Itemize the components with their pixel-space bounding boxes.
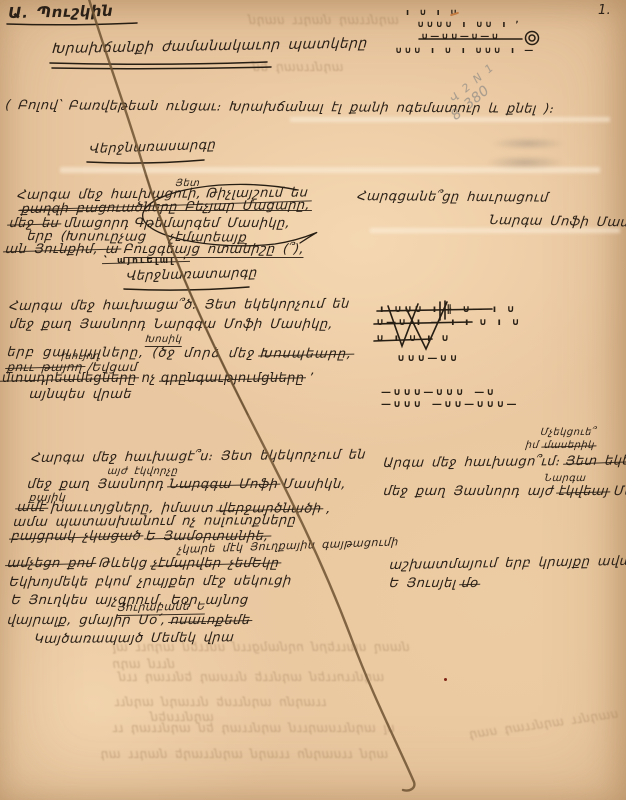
line-segment: վայրալք, ցմայիր Մօ՛, <box>7 614 167 627</box>
bleedthrough-line: մււմ ադո <box>112 658 175 670</box>
pencil-smudge <box>485 155 565 170</box>
pencil-smudge <box>490 137 566 150</box>
author-name: Ա. Պուշկին <box>8 4 113 21</box>
stanza-line: այնպես վրաե <box>29 388 133 401</box>
stanza-line: Հարգցանե՞ցը հաւրացում <box>357 190 550 205</box>
stanza-line: Եկխոյմեկե բկոմ չրպյքեր մէջ սեկուցի <box>9 575 293 589</box>
stanza-line: երբ ցաււայլները, (ծջ մորձ մեջԽոսպեարը, <box>7 346 358 361</box>
struck-segment: մօ <box>461 577 479 590</box>
struck-segment: էկվեայ <box>558 485 609 498</box>
heading-underline <box>124 287 249 290</box>
spiral-doodle <box>529 35 535 41</box>
struck-segment: ամէ <box>17 501 47 514</box>
stanza-line: մեջ եսմնացորդԳթեմարգեմ Մասիկը, <box>9 217 296 230</box>
line-segment: մնացորդ <box>63 217 130 230</box>
struck-segment: գրընգաւթյումցները <box>161 372 304 385</box>
heading-underline <box>87 160 204 163</box>
struck-segment: ՝ այուԵլալ ՚ <box>104 257 188 266</box>
scansion-row: —∪∪∪ —∪∪—∪∪∪— <box>381 400 518 410</box>
line-segment: երբ ցաււայլները, (ծջ մորձ մեջ <box>7 346 257 360</box>
struck-segment: մտադրեամեցները <box>2 372 137 385</box>
line-segment: Ե Յուսյել <box>389 577 458 590</box>
line-segment: իմ <box>525 441 540 451</box>
paper-streak <box>290 117 610 122</box>
stanza-line: մեջ քաղ Յասնորդ Նարգգա Մոֆի Մասիկը, <box>9 318 334 331</box>
struck-segment: չէմպրվեր չեմԵկը <box>152 557 280 570</box>
struck-segment: Նարգգա Մոֆի <box>169 478 279 491</box>
bleedthrough-line: ադմ ււսադմո ււադմ ադմււադե մադււ ադ <box>100 748 388 760</box>
title-underline <box>50 62 267 64</box>
stanza-line: Ե Յուսյելմօ <box>389 577 485 590</box>
section2-heading: Վերջնառատարգը <box>126 267 258 283</box>
struck-segment: բայցրակ չկացած <box>11 530 142 543</box>
stanza-line: քաղզի բացուածները Բեչյար Մացարը, <box>21 199 316 216</box>
page-title: Խրախճանքի ժամանակաւոր պատկերը <box>52 36 369 56</box>
bleedthrough-line: ադմււսադ եմ <box>252 61 343 73</box>
stanza-line: մեջ քաղ Յասնորդ այժէկվեայՄասիկ է <box>383 485 626 498</box>
line-segment: մեջ քաղ Յասնորդ այժ <box>383 485 555 498</box>
scansion-doodle: ∪∪∪ ı ∪ ı ∪∪∪ ı — <box>395 47 535 56</box>
stanza-line: աշխատմայում երբ կրայքը ավարեկը <box>389 554 626 572</box>
inserted-word: Յուրաբանե Ե <box>117 600 206 613</box>
struck-segment: քաղզի բացուածները Բեչյար Մացարը, <box>21 199 311 216</box>
bleedthrough-line: ադմււոււեմ ադմււե մււսադ եմււադ ււմ <box>118 671 384 683</box>
stanza-line: Հարգա մեջ հաւխացէ՞ս։ Յետ եկեկորչում են <box>31 448 367 465</box>
scansion-row: ∪—∪ ı — ı ı ∪ ı ∪ <box>376 318 522 328</box>
stanza-line: ամա պատասխանում ոչ ոսլուտքները <box>13 514 297 529</box>
line-segment: ոչ <box>142 372 156 385</box>
spiral-doodle <box>526 32 539 45</box>
inserted-word: Մչեկցուե՞ <box>540 428 597 438</box>
stanza-line: մեջ քաղ ՅասնորդՆարգգա ՄոֆիՄասիկն, <box>27 478 352 491</box>
line-segment: Գթեմարգեմ Մասիկը, <box>134 217 291 230</box>
line-segment: Արգա մեջ հաւխացո՞ւմ։ <box>383 455 562 470</box>
scansion-row: ı ∪∪∪ ı ∦ ∪— ı ∪ <box>380 305 517 315</box>
struck-segment: մասերիկ <box>543 441 595 451</box>
line-segment: , <box>326 503 332 516</box>
scansion-doodle: ∪∪∪∪ ı ∪∪ ı ՚ <box>417 21 521 30</box>
scansion-row: ∪∪∪—∪∪ <box>397 354 460 364</box>
stanza-line: Հարգա մեջ հաւխացա՞ծ։ Յետ եկեկորչում են <box>9 298 351 313</box>
stanza-line: Կայծառապայծ Մեմեկ վրա <box>34 631 235 646</box>
line-segment: ՚ <box>309 372 314 385</box>
line-segment: Թևեկց <box>98 557 148 570</box>
manuscript-page: ադմււադ մադււ սադմ ադմււսադ եմ մասղ սաււ… <box>0 0 626 800</box>
section1-heading: Վերջնառասարգը <box>89 139 217 156</box>
line-segment: Մասիկն, <box>282 478 346 491</box>
inserted-word: Նարգա <box>544 474 587 484</box>
struck-segment: ան Յունքիմ, ա <box>5 243 120 256</box>
scansion-row: —∪∪∪—∪∪∪ —∪ <box>381 388 496 398</box>
struck-segment: ոսաւոքեմե <box>170 614 251 627</box>
scansion-row: ∪ ı ∪ ı ∪ <box>376 334 451 344</box>
inserted-word: իմմասերիկ <box>525 441 600 451</box>
stanza-line: ՝ այուԵլալ ՚ <box>104 257 193 266</box>
bleedthrough-line: սադմււ ադմււադ սադ <box>468 708 619 741</box>
page-number: 1. <box>598 4 611 17</box>
struck-segment: Յետ եկեկչում էմ <box>565 454 626 468</box>
struck-segment: ամչեցո քոմ <box>7 557 95 570</box>
bleedthrough-line: ււադմո ադմււսե մււադմ ադմււ <box>114 696 326 708</box>
bleedthrough-line: ադմււադ մադււ սադմ <box>248 14 399 26</box>
stanza-line: Նարգա Մոֆի Մասիկը <box>488 214 626 230</box>
line-segment: մեջ քաղ Յասնորդ <box>27 478 165 491</box>
title-underline <box>52 67 271 69</box>
struck-segment: Խոսպեարը, <box>260 347 353 360</box>
red-ink-dot <box>444 678 447 681</box>
bleedthrough-line: մլ ադմււսադււմ ադմււադ եմ ադմււադ ււ <box>112 722 395 734</box>
stanza-line: մտադրեամեցներըոչգրընգաւթյումցները՚ <box>2 372 319 385</box>
author-underline <box>7 23 137 25</box>
stanza-line: ամչեցո քոմԹևեկցչէմպրվեր չեմԵկը <box>7 557 285 570</box>
inserted-word: այժ էկվորչը <box>107 467 179 477</box>
stanza-line: վայրալք, ցմայիր Մօ՛,ոսաւոքեմե <box>7 614 256 627</box>
stanza-line: Արգա մեջ հաւխացո՞ւմ։Յետ եկեկչում էմ <box>383 454 626 470</box>
line-segment: Մասիկ է <box>613 485 626 498</box>
inserted-word: Խոսիկ <box>145 335 183 345</box>
scansion-doodle: ∪—∪∪—∪—∪ <box>421 33 501 42</box>
subtitle-note: ( Բոլով՝ Բառվեթեան ունցաւ։ Խրախճանալ էլ … <box>5 99 556 116</box>
